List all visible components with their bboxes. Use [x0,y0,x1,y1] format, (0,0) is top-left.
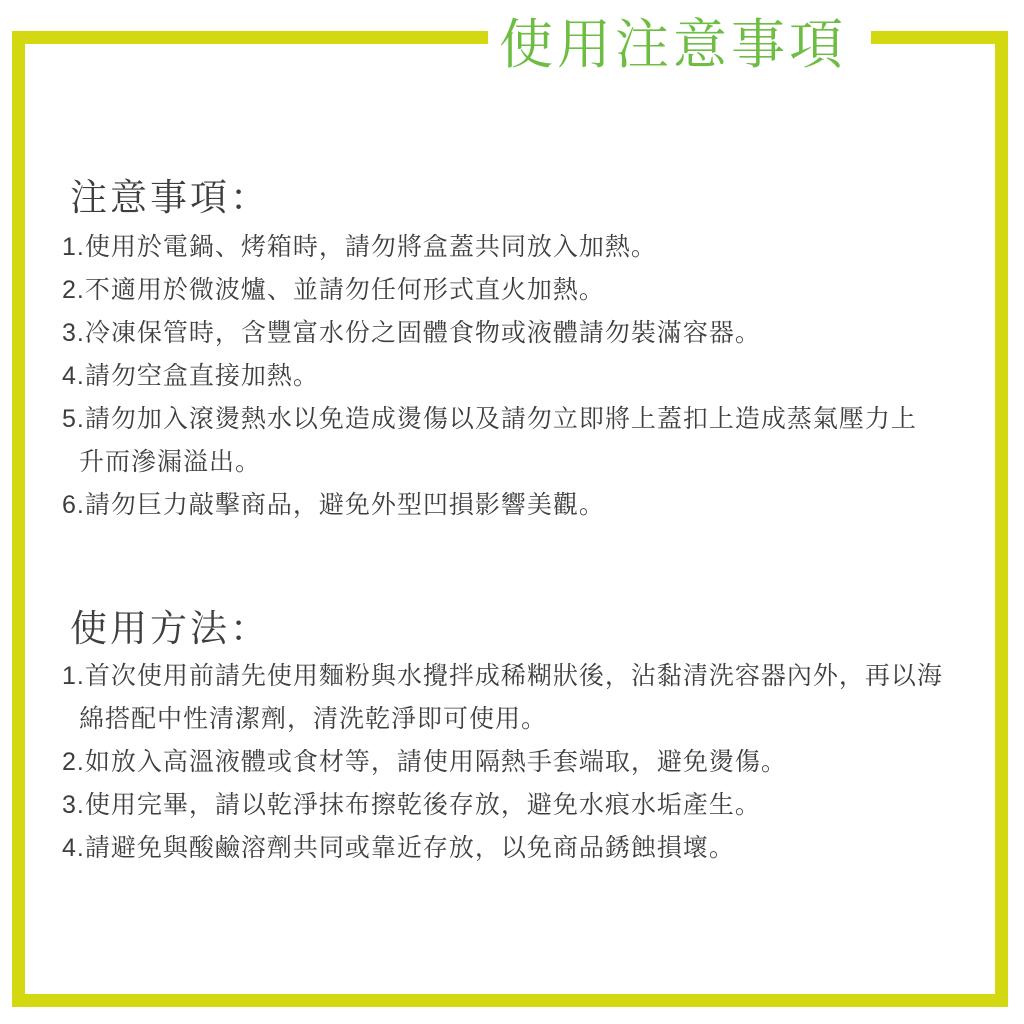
list-item: 1.使用於電鍋、烤箱時，請勿將盒蓋共同放入加熱。 [62,226,992,269]
frame-border-left [12,31,25,1007]
usage-notice-page: 使用注意事項 注意事項： 1.使用於電鍋、烤箱時，請勿將盒蓋共同放入加熱。 2.… [0,0,1024,1024]
list-item: 4.請避免與酸鹼溶劑共同或靠近存放，以免商品銹蝕損壞。 [62,827,992,870]
list-item: 2.不適用於微波爐、並請勿任何形式直火加熱。 [62,269,992,312]
list-item: 4.請勿空盒直接加熱。 [62,355,992,398]
list-item: 5.請勿加入滾燙熱水以免造成燙傷以及請勿立即將上蓋扣上造成蒸氣壓力上 [62,398,992,441]
usage-method-list: 1.首次使用前請先使用麵粉與水攪拌成稀糊狀後，沾黏清洗容器內外，再以海 綿搭配中… [62,655,992,870]
precautions-heading: 注意事項： [70,176,270,220]
list-item: 6.請勿巨力敲擊商品，避免外型凹損影響美觀。 [62,484,992,527]
frame-border-top-right-segment [871,31,1008,44]
list-item-continuation: 綿搭配中性清潔劑，清洗乾淨即可使用。 [62,698,992,741]
frame-border-right [995,31,1008,1007]
frame-border-top-left-segment [12,31,488,44]
list-item-continuation: 升而滲漏溢出。 [62,441,992,484]
frame-border-bottom [12,994,1008,1007]
page-title: 使用注意事項 [499,14,847,76]
precautions-list: 1.使用於電鍋、烤箱時，請勿將盒蓋共同放入加熱。 2.不適用於微波爐、並請勿任何… [62,226,992,527]
list-item: 3.使用完畢，請以乾淨抹布擦乾後存放，避免水痕水垢產生。 [62,784,992,827]
list-item: 1.首次使用前請先使用麵粉與水攪拌成稀糊狀後，沾黏清洗容器內外，再以海 [62,655,992,698]
list-item: 3.冷凍保管時，含豐富水份之固體食物或液體請勿裝滿容器。 [62,312,992,355]
usage-method-heading: 使用方法： [70,607,270,651]
list-item: 2.如放入高溫液體或食材等，請使用隔熱手套端取，避免燙傷。 [62,741,992,784]
